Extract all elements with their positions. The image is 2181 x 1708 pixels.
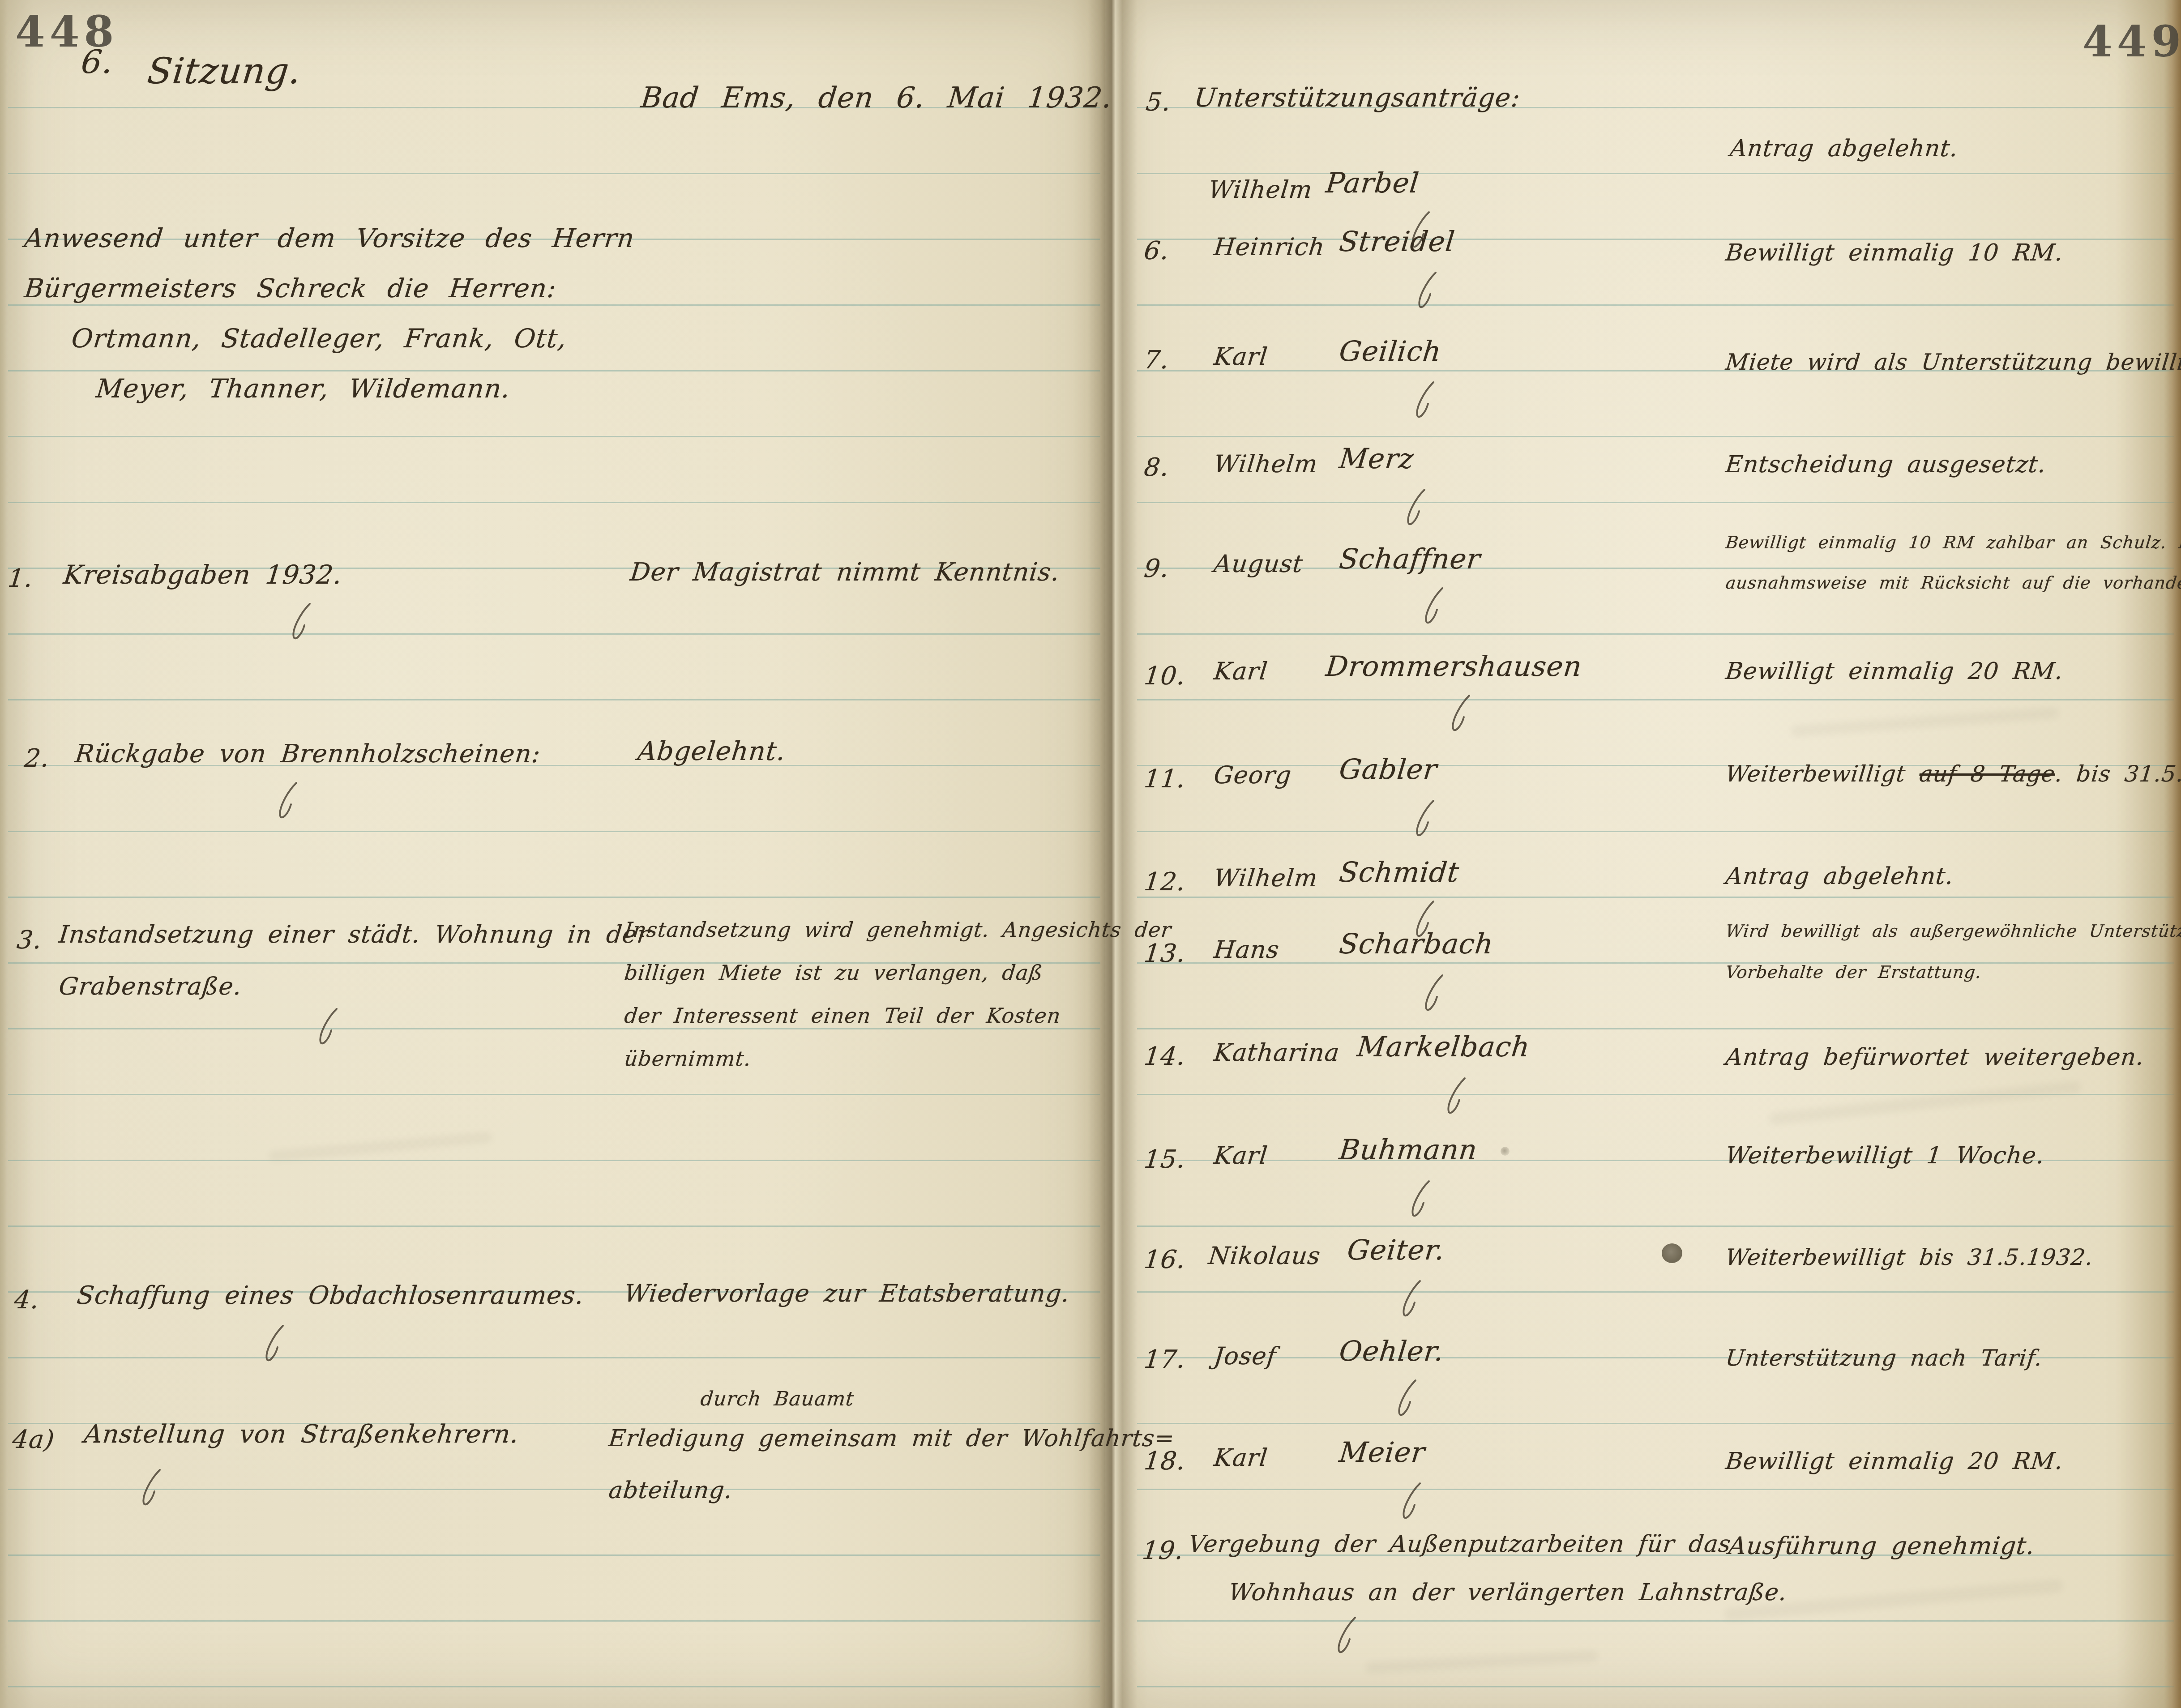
interline-insertion: durch Bauamt [699,1388,855,1410]
entry-decision: Antrag abgelehnt. [1724,863,1955,890]
entry-first-name: Hans [1213,935,1281,964]
entry-number: 7. [1143,346,1171,375]
entry-first-name: Karl [1213,342,1269,371]
entry-decision: Weiterbewilligt auf 8 Tage. bis 31.5.32 [1724,761,2181,787]
pen-flourish [1410,380,1440,427]
pen-flourish [1397,1279,1426,1326]
entry-number: 13. [1143,939,1187,968]
agenda-item-decision: abteilung. [607,1477,734,1504]
entry-decision: ausnahmsweise mit Rücksicht auf die vorh… [1725,573,2181,593]
entry-last-name: Geiter. [1346,1234,1446,1266]
agenda-item-number: 1. [7,564,34,593]
entry-first-name: Josef [1213,1342,1278,1370]
agenda-item-title: Wohnhaus an der verlängerten Lahnstraße. [1227,1579,1788,1606]
entry-last-name: Markelbach [1356,1030,1531,1063]
agenda-item-decision: Erledigung gemeinsam mit der Wohlfahrts= [607,1425,1176,1452]
entry-decision: Antrag befürwortet weitergeben. [1724,1044,2146,1071]
entry-number: 10. [1143,662,1187,691]
entry-number: 6. [1143,236,1171,265]
entry-first-name: Nikolaus [1207,1242,1322,1270]
agenda-item-title: Kreisabgaben 1932. [62,559,344,590]
pen-flourish [137,1468,166,1515]
entry-number: 16. [1143,1245,1187,1274]
agenda-item-title: Grabenstraße. [58,972,244,1000]
pen-flourish [1410,799,1440,845]
attendance-line: Bürgermeisters Schreck die Herren: [23,273,558,303]
agenda-item-decision: Instandsetzung wird genehmigt. Angesicht… [623,918,1172,942]
agenda-item-number: 4a) [11,1425,56,1454]
agenda-item-number: 2. [23,744,51,773]
entry-first-name: Heinrich [1213,233,1326,261]
entry-first-name: Karl [1213,657,1269,685]
pen-flourish [1392,1379,1422,1425]
decision-struck-text: auf 8 Tage [1918,761,2057,787]
pen-flourish [1419,586,1449,633]
entry-decision: Vorbehalte der Erstattung. [1725,962,1983,982]
decision-kept-text: Weiterbewilligt [1724,761,1921,787]
entry-last-name: Schaffner [1338,542,1482,575]
agenda-item-title: Vergebung der Außenputzarbeiten für das [1187,1531,1732,1558]
entry-last-name: Gabler [1338,753,1439,786]
pen-flourish [287,602,316,649]
entry-number: 14. [1143,1042,1187,1071]
entry-decision: Weiterbewilligt 1 Woche. [1724,1142,2046,1169]
entry-decision: Wird bewilligt als außergewöhnliche Unte… [1725,921,2181,941]
entry-last-name: Meier [1338,1436,1427,1469]
entry-last-name: Merz [1338,442,1416,475]
pen-flourish [1441,1076,1471,1123]
entry-first-name: Wilhelm [1207,175,1314,204]
entry-first-name: August [1213,550,1304,578]
pen-flourish [1406,1179,1435,1226]
entry-decision: Weiterbewilligt bis 31.5.1932. [1724,1244,2095,1270]
session-title: Sitzung. [145,50,303,92]
agenda-item-decision: übernimmt. [623,1046,753,1071]
entry-decision: Bewilligt einmalig 10 RM. [1724,239,2065,266]
entry-decision: Bewilligt einmalig 20 RM. [1724,658,2065,685]
entry-first-name: Georg [1213,761,1293,789]
entry-number: 18. [1143,1447,1187,1476]
attendance-line: Anwesend unter dem Vorsitze des Herrn [23,223,636,253]
agenda-item-title: Rückgabe von Brennholzscheinen: [74,739,542,769]
pen-flourish [1446,694,1475,740]
entry-last-name: Parbel [1324,167,1420,199]
entry-first-name: Wilhelm [1213,864,1319,892]
entry-number: 17. [1143,1345,1187,1374]
entry-number: 8. [1143,453,1171,482]
pen-flourish [313,1007,343,1054]
entry-last-name: Drommershausen [1324,650,1583,683]
entry-last-name: Oehler. [1338,1335,1445,1367]
entry-decision: Entscheidung ausgesetzt. [1724,451,2048,478]
pen-flourish [273,781,303,828]
support-requests-heading: Unterstützungsanträge: [1193,82,1522,113]
agenda-item-decision: Wiedervorlage zur Etatsberatung. [623,1279,1071,1307]
pen-flourish [1419,974,1449,1020]
entry-last-name: Geilich [1338,335,1443,367]
session-number: 6. [80,43,115,81]
agenda-item-decision: Abgelehnt. [636,736,787,766]
entry-last-name: Schmidt [1338,856,1461,888]
agenda-item-decision: der Interessent einen Teil der Kosten [623,1003,1062,1028]
agenda-item-number: 3. [16,926,43,955]
entry-decision: Miete wird als Unterstützung bewilligt. [1724,349,2181,375]
pen-flourish [1332,1616,1361,1662]
pen-flourish [260,1324,289,1371]
entry-decision: Unterstützung nach Tarif. [1724,1345,2044,1371]
agenda-item-title: Anstellung von Straßenkehrern. [83,1420,521,1449]
entry-decision: Bewilligt einmalig 10 RM zahlbar an Schu… [1725,533,2181,552]
entry-decision: Bewilligt einmalig 20 RM. [1724,1448,2065,1475]
page-number-right: 449 [2083,16,2181,67]
entry-number: 9. [1143,554,1171,583]
entry-number: 12. [1143,867,1187,897]
pen-flourish [1397,1482,1426,1528]
entry-first-name: Wilhelm [1213,450,1319,478]
entry-last-name: Streidel [1338,225,1456,258]
agenda-item-number: 19. [1141,1536,1185,1565]
entry-first-name: Katharina [1213,1038,1341,1067]
entry-number: 5. [1145,88,1172,117]
entry-first-name: Karl [1213,1141,1269,1170]
decision-date-text: . bis 31.5.32 [2054,761,2181,787]
ledger-scan: 448 449 6. Sitzung. Bad Ems, den 6. Mai … [0,0,2181,1708]
agenda-item-decision: Der Magistrat nimmt Kenntnis. [629,558,1061,587]
agenda-item-title: Schaffung eines Obdachlosenraumes. [76,1281,586,1310]
entry-decision: Antrag abgelehnt. [1729,135,1959,162]
attendance-line: Meyer, Thanner, Wildemann. [94,373,512,404]
attendance-line: Ortmann, Stadelleger, Frank, Ott, [70,323,568,354]
entry-first-name: Karl [1213,1443,1269,1472]
agenda-item-decision: Ausführung genehmigt. [1728,1532,2036,1560]
agenda-item-title: Instandsetzung einer städt. Wohnung in d… [58,920,651,948]
entry-last-name: Buhmann [1338,1133,1479,1166]
agenda-item-number: 4. [13,1285,41,1315]
entry-number: 11. [1143,764,1187,794]
agenda-item-decision: billigen Miete ist zu verlangen, daß [623,961,1044,985]
pen-flourish [1412,271,1442,317]
entry-last-name: Scharbach [1338,927,1495,960]
dateline: Bad Ems, den 6. Mai 1932. [639,81,1114,115]
entry-number: 15. [1143,1145,1187,1174]
pen-flourish [1401,488,1431,534]
